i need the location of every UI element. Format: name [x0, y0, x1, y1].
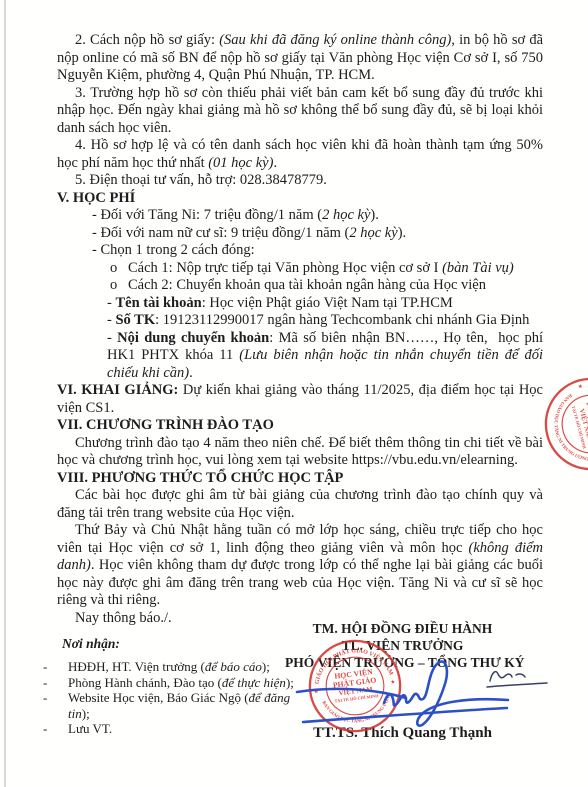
recipient-item: -HĐĐH, HT. Viện trưởng (để báo cáo);: [43, 659, 298, 675]
recipients-list: -HĐĐH, HT. Viện trưởng (để báo cáo);-Phò…: [43, 659, 298, 737]
transfer-content: - Nội dung chuyển khoản: Mã số biên nhận…: [107, 330, 543, 383]
document-body: 2. Cách nộp hồ sơ giấy: (Sau khi đã đăng…: [57, 32, 543, 627]
section-vii-header: VII. CHƯƠNG TRÌNH ĐÀO TẠO: [57, 417, 543, 435]
item-2: 2. Cách nộp hồ sơ giấy: (Sau khi đã đăng…: [57, 32, 543, 85]
signing-authority-line: TM. HỘI ĐỒNG ĐIỀU HÀNH: [285, 620, 520, 637]
recipient-item: -Lưu VT.: [43, 721, 298, 737]
item-4: 4. Hồ sơ hợp lệ và có tên danh sách học …: [57, 137, 543, 172]
tuition-tang-ni: - Đối với Tăng Ni: 7 triệu đồng/1 năm (2…: [92, 207, 543, 225]
recipients-title: Nơi nhận:: [62, 636, 298, 652]
recipient-item: -Website Học viện, Báo Giác Ngộ (để đăng…: [43, 690, 298, 721]
recipients-block: Nơi nhận: -HĐĐH, HT. Viện trưởng (để báo…: [43, 636, 298, 737]
scan-edge-shadow: [4, 0, 6, 787]
section-viii-header: VIII. PHƯƠNG THỨC TỔ CHỨC HỌC TẬP: [57, 470, 543, 488]
account-number: - Số TK: 19123112990017 ngân hàng Techco…: [107, 312, 543, 330]
tuition-cu-si: - Đối với nam nữ cư sĩ: 9 triệu đồng/1 n…: [92, 225, 543, 243]
payment-option-2: oCách 2: Chuyển khoản qua tài khoản ngân…: [110, 277, 543, 295]
account-name: - Tên tài khoản: Học viện Phật giáo Việt…: [107, 295, 543, 313]
payment-option-1: oCách 1: Nộp trực tiếp tại Văn phòng Học…: [110, 260, 543, 278]
section-viii-body-1: Các bài học được ghi âm từ bài giảng của…: [57, 487, 543, 522]
edge-seal-star-left-icon: ★: [576, 383, 584, 390]
item-5: 5. Điện thoại tư vấn, hỗ trợ: 028.384787…: [57, 172, 543, 190]
scanned-document-page: 2. Cách nộp hồ sơ giấy: (Sau khi đã đăng…: [0, 0, 588, 787]
signer-initials-ink: [485, 665, 549, 691]
recipient-item: -Phòng Hành chánh, Đào tạo (để thực hiện…: [43, 675, 298, 691]
section-viii-body-2: Thứ Bảy và Chủ Nhật hằng tuần có mở lớp …: [57, 522, 543, 610]
payment-choice: - Chọn 1 trong 2 cách đóng:: [92, 242, 543, 260]
item-3: 3. Trường hợp hồ sơ còn thiếu phải viết …: [57, 85, 543, 138]
section-vii-body: Chương trình đào tạo 4 năm theo niên chế…: [57, 435, 543, 470]
section-vi: VI. KHAI GIẢNG: Dự kiến khai giảng vào t…: [57, 382, 543, 417]
section-v-header: V. HỌC PHÍ: [57, 190, 543, 208]
signature-ink: [280, 642, 520, 742]
